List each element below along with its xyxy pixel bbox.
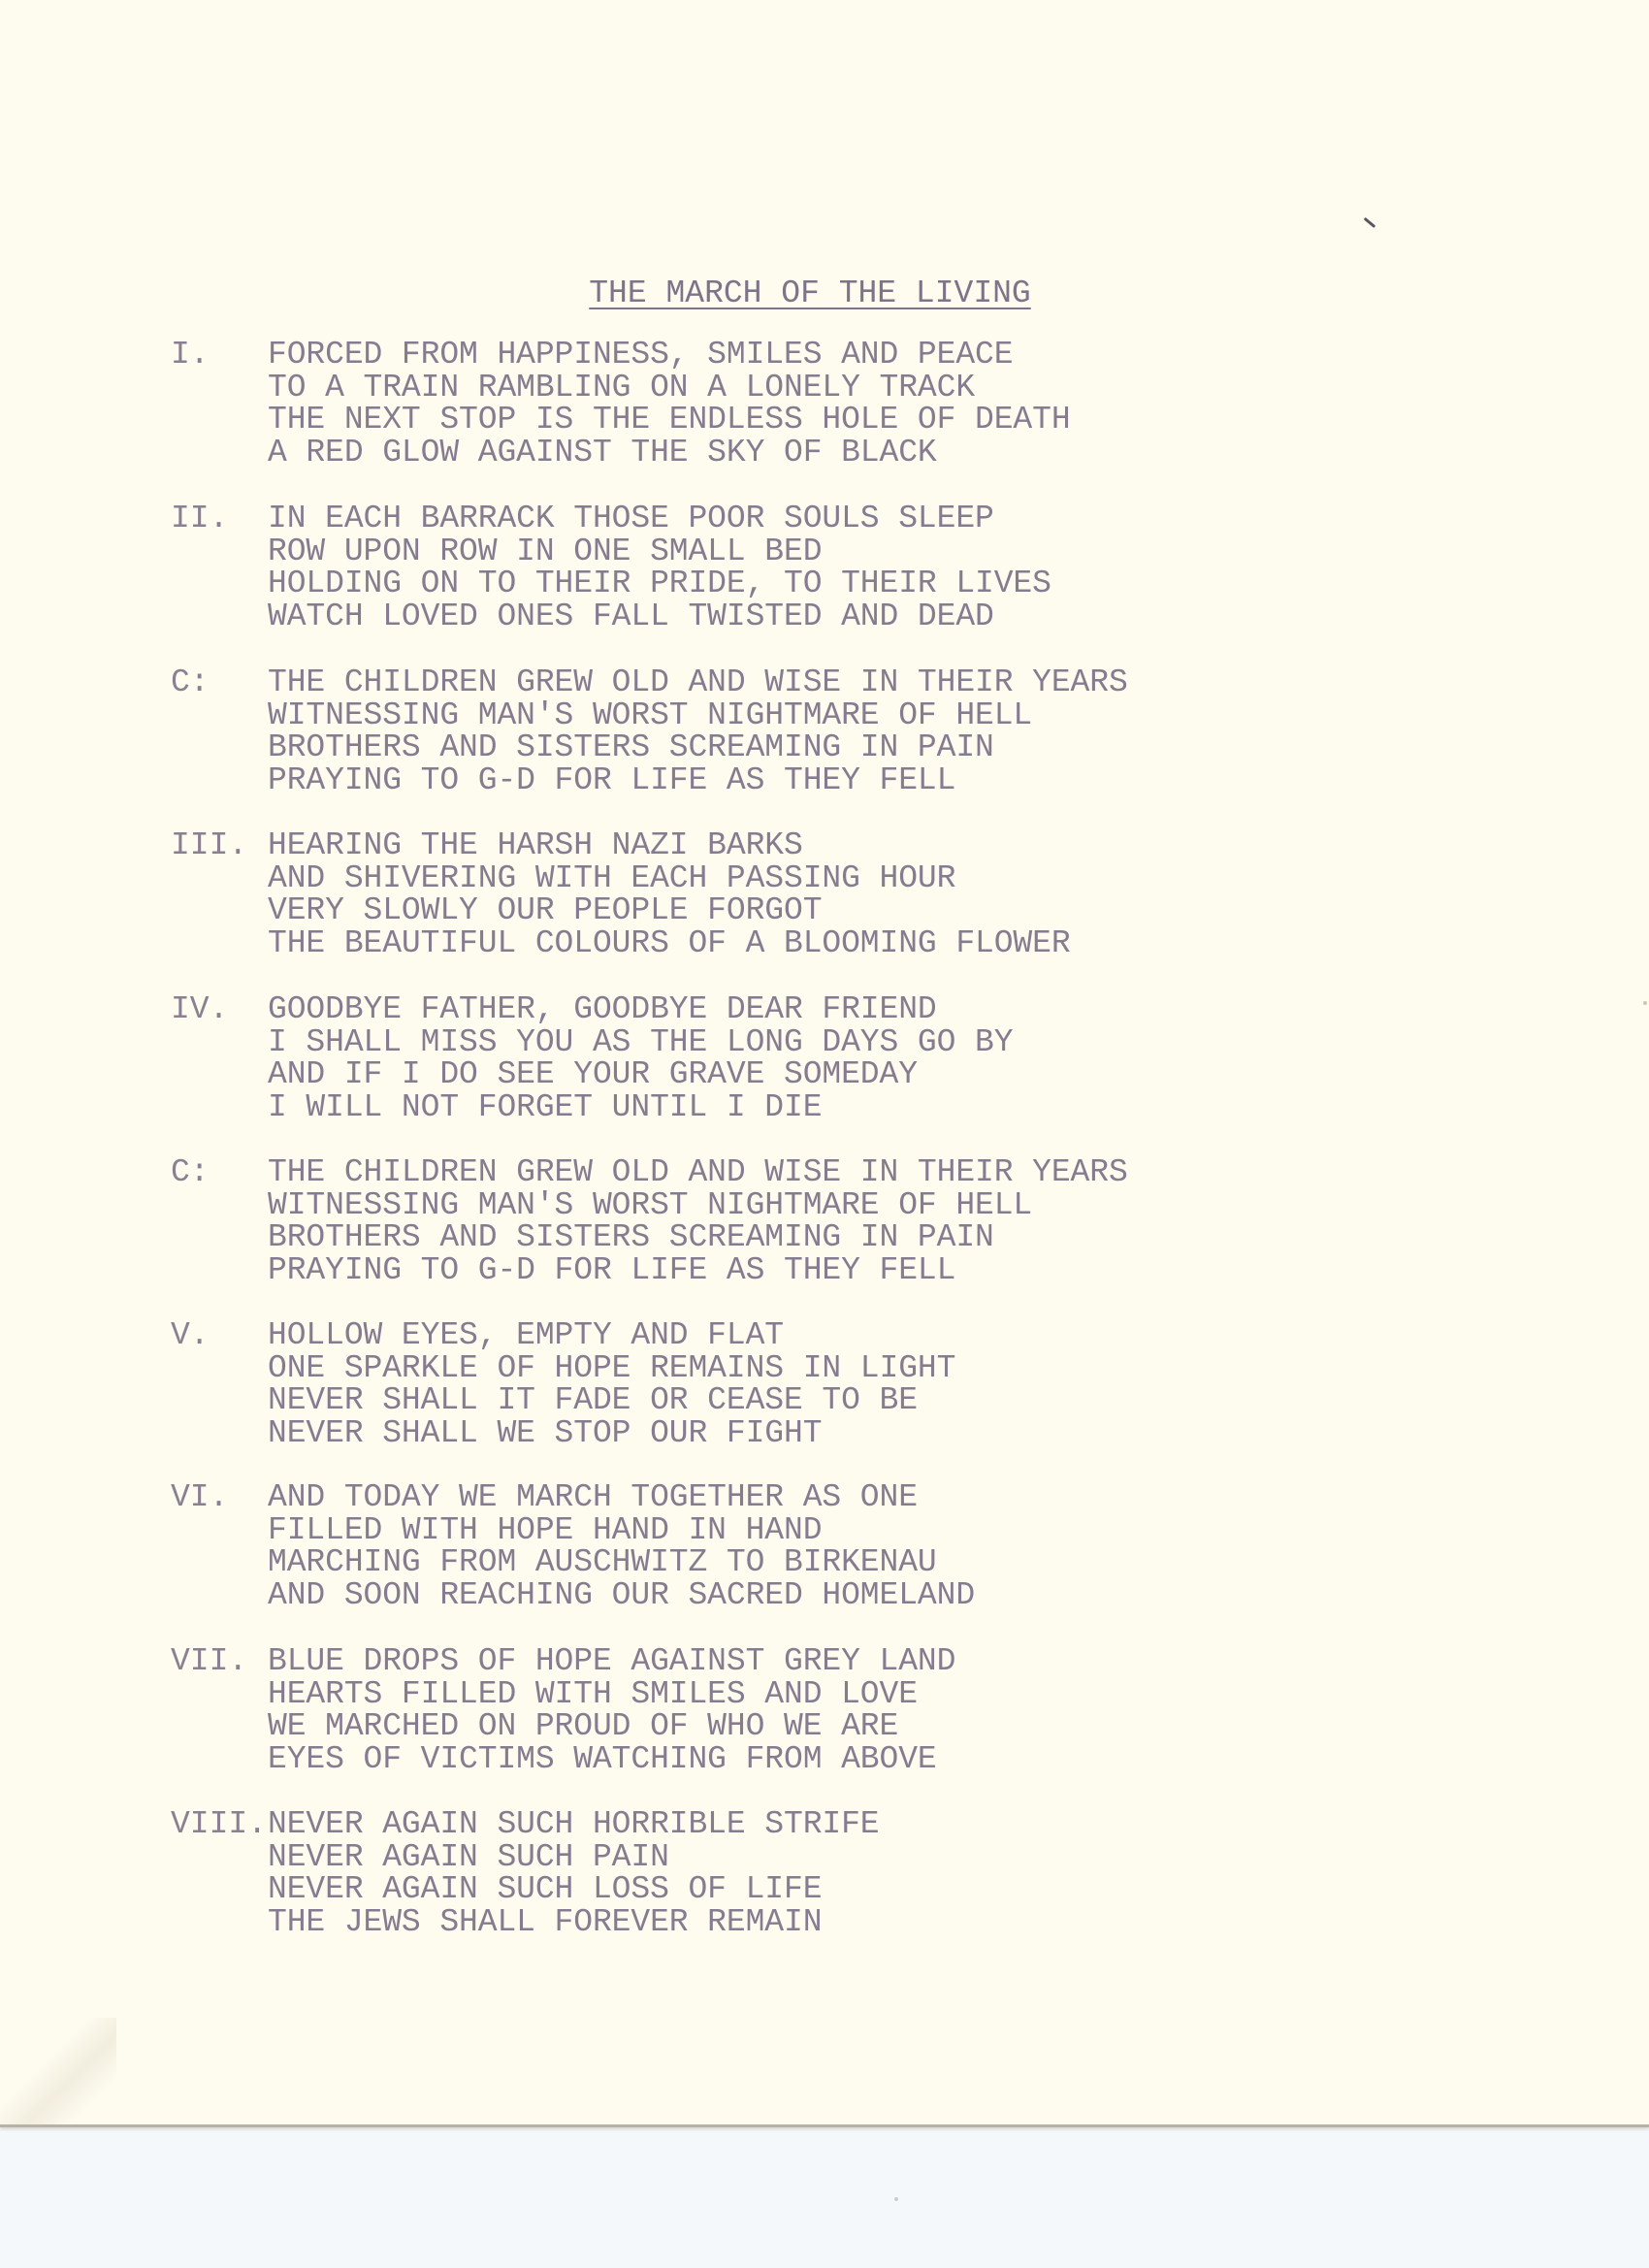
poem-line: WITNESSING MAN'S WORST NIGHTMARE OF HELL [268,699,1128,732]
stanza-lines: HEARING THE HARSH NAZI BARKSAND SHIVERIN… [268,829,1071,959]
scanned-paper-page: THE MARCH OF THE LIVING I.FORCED FROM HA… [0,0,1649,2127]
stanza-label: IV. [171,993,228,1026]
poem-line: NEVER AGAIN SUCH PAIN [268,1841,880,1874]
poem-line: NEVER SHALL IT FADE OR CEASE TO BE [268,1384,955,1417]
poem-line: EYES OF VICTIMS WATCHING FROM ABOVE [268,1743,955,1776]
poem-line: WE MARCHED ON PROUD OF WHO WE ARE [268,1710,955,1743]
poem-line: IN EACH BARRACK THOSE POOR SOULS SLEEP [268,502,1051,535]
paper-spot [1643,1001,1647,1005]
stanza-lines: HOLLOW EYES, EMPTY AND FLATONE SPARKLE O… [268,1319,955,1449]
poem-line: BROTHERS AND SISTERS SCREAMING IN PAIN [268,731,1128,764]
poem-line: I WILL NOT FORGET UNTIL I DIE [268,1091,1013,1124]
stanza-label: C: [171,666,210,699]
poem-line: THE BEAUTIFUL COLOURS OF A BLOOMING FLOW… [268,927,1071,960]
stanza-label: V. [171,1319,210,1352]
poem-line: NEVER AGAIN SUCH HORRIBLE STRIFE [268,1808,880,1841]
stanza-label: VI. [171,1481,228,1514]
stanza-lines: BLUE DROPS OF HOPE AGAINST GREY LANDHEAR… [268,1645,955,1775]
stanza-label: VIII. [171,1808,267,1841]
stanza-label: C: [171,1156,210,1189]
poem-line: WITNESSING MAN'S WORST NIGHTMARE OF HELL [268,1189,1128,1222]
poem-line: THE CHILDREN GREW OLD AND WISE IN THEIR … [268,1156,1128,1189]
poem-line: TO A TRAIN RAMBLING ON A LONELY TRACK [268,372,1071,405]
poem-line: GOODBYE FATHER, GOODBYE DEAR FRIEND [268,993,1013,1026]
stanza-label: VII. [171,1645,247,1678]
stanza-lines: GOODBYE FATHER, GOODBYE DEAR FRIENDI SHA… [268,993,1013,1123]
poem-line: ROW UPON ROW IN ONE SMALL BED [268,535,1051,568]
poem-line: AND SHIVERING WITH EACH PASSING HOUR [268,862,1071,895]
ink-speck [1364,217,1376,228]
poem-line: HOLDING ON TO THEIR PRIDE, TO THEIR LIVE… [268,567,1051,600]
poem-line: PRAYING TO G-D FOR LIFE AS THEY FELL [268,1254,1128,1287]
poem-title: THE MARCH OF THE LIVING [0,275,1620,312]
poem-line: AND IF I DO SEE YOUR GRAVE SOMEDAY [268,1058,1013,1091]
poem-line: WATCH LOVED ONES FALL TWISTED AND DEAD [268,600,1051,633]
stanza-label: I. [171,339,210,372]
poem-line: MARCHING FROM AUSCHWITZ TO BIRKENAU [268,1546,975,1579]
poem-line: FORCED FROM HAPPINESS, SMILES AND PEACE [268,339,1071,372]
poem-line: PRAYING TO G-D FOR LIFE AS THEY FELL [268,764,1128,797]
poem-line: VERY SLOWLY OUR PEOPLE FORGOT [268,894,1071,927]
poem-line: THE CHILDREN GREW OLD AND WISE IN THEIR … [268,666,1128,699]
stanza-lines: AND TODAY WE MARCH TOGETHER AS ONEFILLED… [268,1481,975,1611]
stanza-lines: FORCED FROM HAPPINESS, SMILES AND PEACET… [268,339,1071,469]
stanza-lines: NEVER AGAIN SUCH HORRIBLE STRIFENEVER AG… [268,1808,880,1938]
stanza-label: II. [171,502,228,535]
poem-line: AND SOON REACHING OUR SACRED HOMELAND [268,1579,975,1612]
scan-spot [894,2197,898,2201]
poem-line: NEVER AGAIN SUCH LOSS OF LIFE [268,1873,880,1906]
poem-line: BROTHERS AND SISTERS SCREAMING IN PAIN [268,1221,1128,1254]
stanza-lines: THE CHILDREN GREW OLD AND WISE IN THEIR … [268,1156,1128,1286]
poem-line: HEARING THE HARSH NAZI BARKS [268,829,1071,862]
poem-line: HOLLOW EYES, EMPTY AND FLAT [268,1319,955,1352]
stanza-label: III. [171,829,247,862]
poem-line: NEVER SHALL WE STOP OUR FIGHT [268,1417,955,1450]
poem-line: THE JEWS SHALL FOREVER REMAIN [268,1906,880,1939]
poem-line: AND TODAY WE MARCH TOGETHER AS ONE [268,1481,975,1514]
poem-line: ONE SPARKLE OF HOPE REMAINS IN LIGHT [268,1352,955,1385]
poem-line: HEARTS FILLED WITH SMILES AND LOVE [268,1678,955,1711]
poem-line: A RED GLOW AGAINST THE SKY OF BLACK [268,437,1071,470]
poem-line: BLUE DROPS OF HOPE AGAINST GREY LAND [268,1645,955,1678]
poem-line: FILLED WITH HOPE HAND IN HAND [268,1514,975,1547]
poem-line: I SHALL MISS YOU AS THE LONG DAYS GO BY [268,1026,1013,1059]
stanza-lines: THE CHILDREN GREW OLD AND WISE IN THEIR … [268,666,1128,796]
stanza-lines: IN EACH BARRACK THOSE POOR SOULS SLEEPRO… [268,502,1051,632]
poem-line: THE NEXT STOP IS THE ENDLESS HOLE OF DEA… [268,404,1071,437]
